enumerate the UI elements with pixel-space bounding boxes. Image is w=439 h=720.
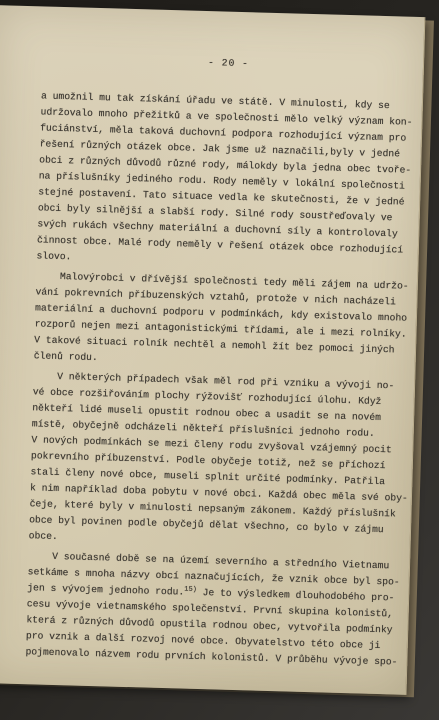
page-number: - 20 - (42, 50, 415, 76)
paragraph: Malovýrobci v dřívější společnosti tedy … (34, 268, 410, 374)
footnote-ref: 15) (184, 586, 197, 594)
paragraph: V současné době se na území severního a … (25, 548, 401, 670)
page-text: a umožnil mu tak získání úřadu ve státě.… (25, 88, 414, 670)
scanned-page: - 20 - a umožnil mu tak získání úřadu ve… (0, 5, 425, 695)
paragraph: a umožnil mu tak získání úřadu ve státě.… (36, 88, 414, 274)
scan-viewport: - 20 - a umožnil mu tak získání úřadu ve… (0, 0, 439, 720)
paragraph: V některých případech však měl rod při v… (29, 368, 407, 554)
